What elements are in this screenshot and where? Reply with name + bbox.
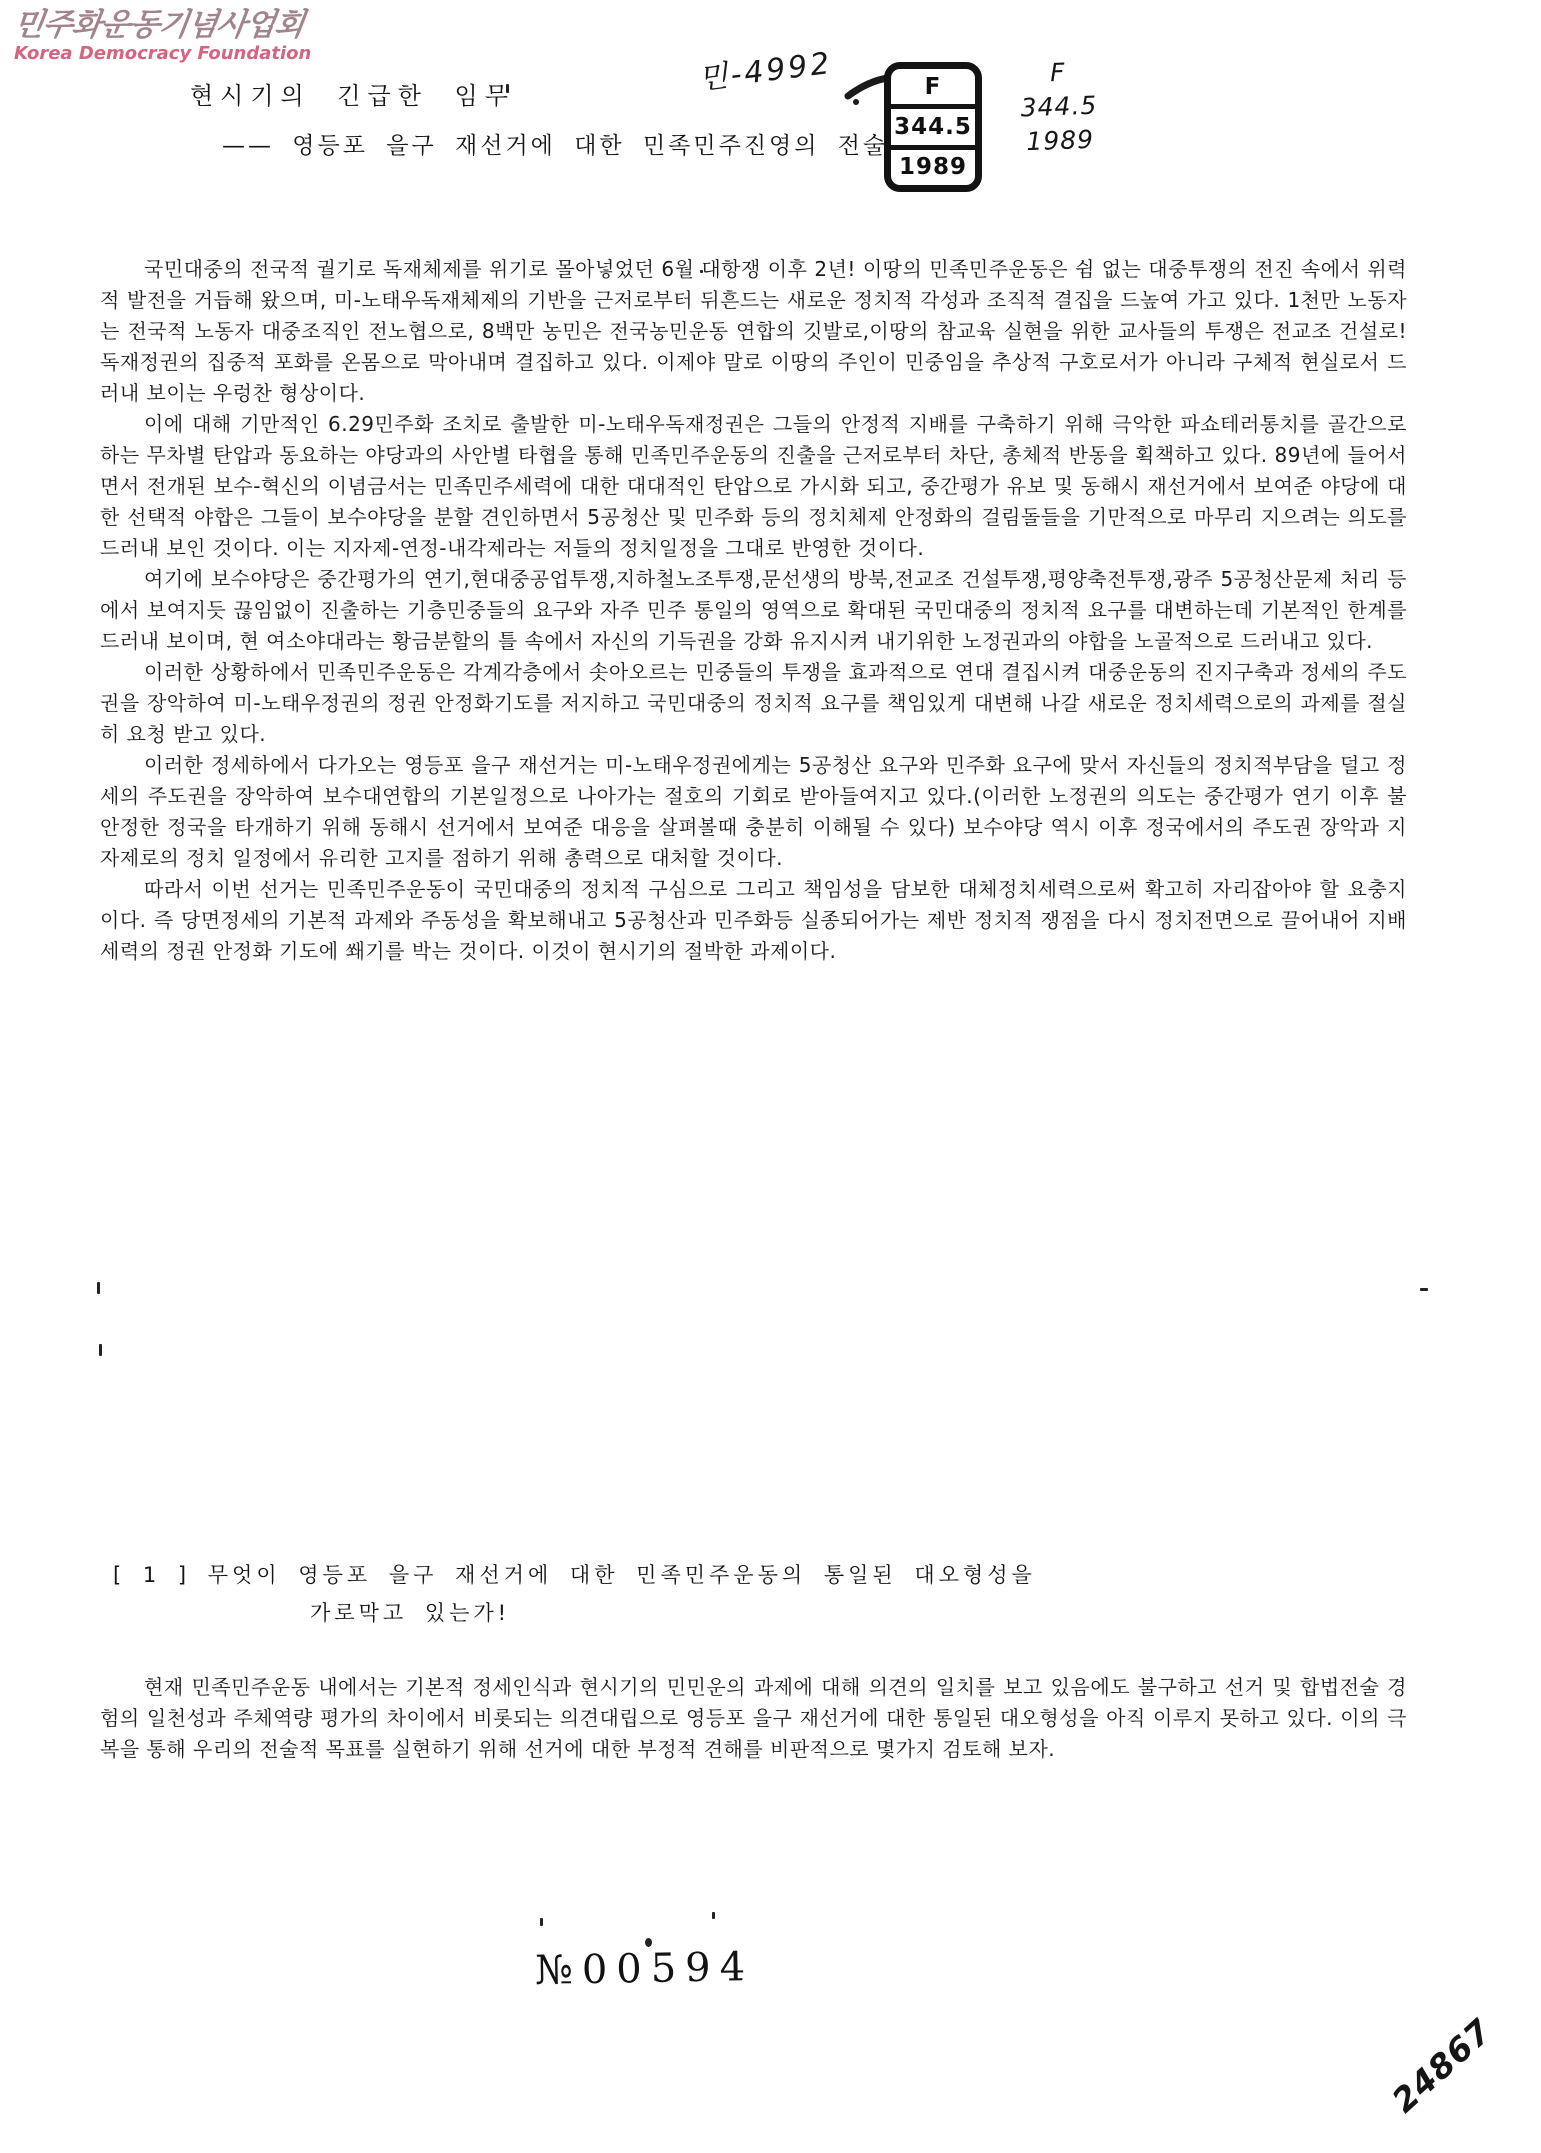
scan-artifact <box>99 1344 102 1356</box>
scan-artifact <box>712 1912 715 1919</box>
body-paragraph: 현재 민족민주운동 내에서는 기본적 정세인식과 현시기의 민민운의 과제에 대… <box>100 1672 1407 1765</box>
scan-artifact <box>506 84 509 93</box>
section-1-heading-line2: 가로막고 있는가! <box>310 1594 1036 1632</box>
body-paragraph: 이러한 정세하에서 다가오는 영등포 을구 재선거는 미-노태우정권에게는 5공… <box>100 750 1407 874</box>
call-number-stamp: F 344.5 1989 <box>884 62 982 192</box>
call-number-class-digits: 344.5 <box>891 104 975 144</box>
body-paragraph: 따라서 이번 선거는 민족민주운동이 국민대중의 정치적 구심으로 그리고 책임… <box>100 874 1407 967</box>
logo-korean-calligraphy: 민주화운동기념사업회 <box>11 6 314 44</box>
handwritten-archive-note: 민-4992 <box>696 38 835 98</box>
scan-artifact <box>540 1918 543 1926</box>
body-paragraph: 이에 대해 기만적인 6.29민주화 조치로 출발한 미-노태우독재정권은 그들… <box>100 409 1407 564</box>
section-1-heading: [ 1 ] 무엇이 영등포 을구 재선거에 대한 민족민주운동의 통일된 대오형… <box>113 1556 1036 1632</box>
foundation-logo: 민주화운동기념사업회 Korea Democracy Foundation <box>14 6 311 64</box>
handwritten-page-number: 24867 <box>1384 2011 1499 2120</box>
section-1-body: 현재 민족민주운동 내에서는 기본적 정세인식과 현시기의 민민운의 과제에 대… <box>100 1672 1407 1765</box>
scanned-document-page: 민주화운동기념사업회 Korea Democracy Foundation 현시… <box>0 0 1541 2153</box>
handwritten-call-year: 1989 <box>1015 122 1106 159</box>
scan-artifact <box>97 1282 100 1294</box>
handwritten-call-digits: 344.5 <box>1013 88 1104 125</box>
handwritten-call-number: F 344.5 1989 <box>1012 54 1106 159</box>
document-body: 국민대중의 전국적 궐기로 독재체제를 위기로 몰아넣었던 6월 대항쟁 이후 … <box>100 254 1407 967</box>
section-1-heading-line1: [ 1 ] 무엇이 영등포 을구 재선거에 대한 민족민주운동의 통일된 대오형… <box>113 1556 1036 1594</box>
logo-english-text: Korea Democracy Foundation <box>14 44 311 64</box>
call-number-class-symbol: F <box>891 69 975 104</box>
scan-artifact <box>1420 1288 1428 1291</box>
scan-artifact <box>700 270 703 273</box>
registration-number-stamp: №00594 <box>535 1944 755 1994</box>
body-paragraph: 국민대중의 전국적 궐기로 독재체제를 위기로 몰아넣었던 6월 대항쟁 이후 … <box>100 254 1407 409</box>
handwritten-call-symbol: F <box>1012 54 1103 91</box>
scan-artifact <box>645 1938 652 1947</box>
document-subtitle: —— 영등포 을구 재선거에 대한 민족민주진영의 전술 <box>222 127 888 160</box>
call-number-year: 1989 <box>891 145 975 185</box>
body-paragraph: 이러한 상황하에서 민족민주운동은 각계각층에서 솟아오르는 민중들의 투쟁을 … <box>100 657 1407 750</box>
body-paragraph: 여기에 보수야당은 중간평가의 연기,현대중공업투쟁,지하철노조투쟁,문선생의 … <box>100 564 1407 657</box>
document-title: 현시기의 긴급한 임무 <box>190 76 515 111</box>
